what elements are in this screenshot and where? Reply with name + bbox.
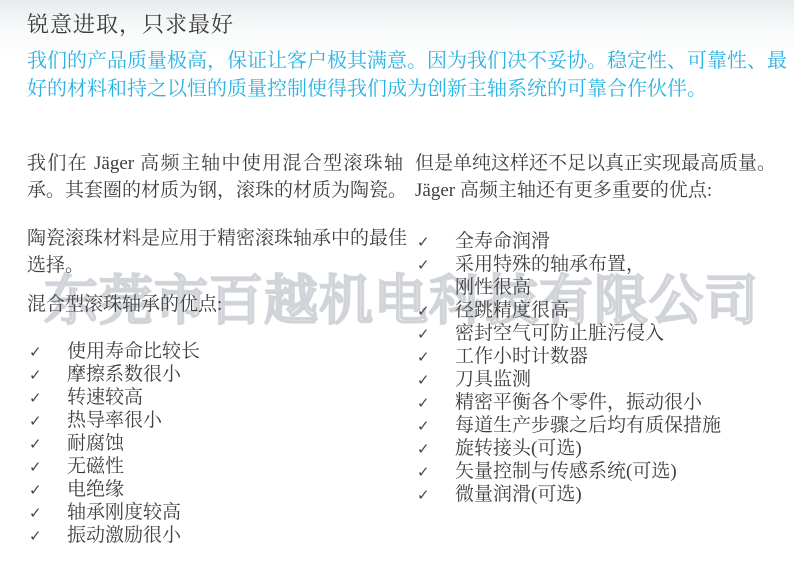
check-icon: ✓	[29, 502, 42, 525]
advantage-text: 热导率很小	[67, 410, 162, 431]
check-icon: ✓	[417, 484, 430, 507]
advantage-text: 矢量控制与传感系统(可选)	[455, 461, 677, 482]
paragraph-line: 但是单纯这样还不足以真正实现最高质量。	[415, 150, 780, 177]
advantage-item-continuation: 刚性很高	[415, 276, 780, 299]
check-icon: ✓	[29, 433, 42, 456]
right-column: 但是单纯这样还不足以真正实现最高质量。 Jäger 高频主轴还有更多重要的优点:…	[415, 150, 780, 506]
advantage-text: 耐腐蚀	[67, 433, 124, 454]
advantage-item: ✓ 热导率很小	[27, 409, 403, 432]
check-icon: ✓	[29, 364, 42, 387]
check-icon: ✓	[417, 231, 430, 254]
advantage-text: 使用寿命比较长	[67, 341, 200, 362]
advantage-item: ✓ 转速较高	[27, 386, 403, 409]
advantage-item: ✓ 无磁性	[27, 455, 403, 478]
advantage-text: 旋转接头(可选)	[455, 438, 582, 459]
left-paragraph-2: 陶瓷滚珠材料是应用于精密滚珠轴承中的最佳 选择。	[27, 225, 403, 279]
paragraph-line: Jäger 高频主轴还有更多重要的优点:	[415, 177, 780, 204]
intro-line: 好的材料和持之以恒的质量控制使得我们成为创新主轴系统的可靠合作伙伴。	[27, 75, 772, 103]
paragraph-line: 承。其套圈的材质为钢，滚珠的材质为陶瓷。	[27, 177, 403, 204]
advantage-item: ✓ 旋转接头(可选)	[415, 437, 780, 460]
check-icon: ✓	[29, 456, 42, 479]
intro-line: 我们的产品质量极高，保证让客户极其满意。因为我们决不妥协。稳定性、可靠性、最	[27, 47, 772, 75]
advantage-item: ✓ 微量润滑(可选)	[415, 483, 780, 506]
intro-paragraph: 我们的产品质量极高，保证让客户极其满意。因为我们决不妥协。稳定性、可靠性、最 好…	[27, 47, 772, 103]
advantage-text: 全寿命润滑	[455, 231, 550, 252]
advantage-item: ✓ 使用寿命比较长	[27, 340, 403, 363]
check-icon: ✓	[417, 369, 430, 392]
advantage-text: 采用特殊的轴承布置，	[455, 254, 645, 275]
advantage-text: 密封空气可防止脏污侵入	[455, 323, 664, 344]
page-title: 锐意进取，只求最好	[27, 8, 234, 39]
paragraph-line: 选择。	[27, 252, 403, 279]
check-icon: ✓	[417, 415, 430, 438]
advantage-item: ✓ 采用特殊的轴承布置，	[415, 253, 780, 276]
advantage-text: 转速较高	[67, 387, 143, 408]
advantage-item: ✓ 电绝缘	[27, 478, 403, 501]
advantage-text: 精密平衡各个零件，振动很小	[455, 392, 702, 413]
check-icon: ✓	[417, 438, 430, 461]
advantage-text: 摩擦系数很小	[67, 364, 181, 385]
check-icon: ✓	[417, 323, 430, 346]
left-paragraph-1: 我们在 Jäger 高频主轴中使用混合型滚珠轴 承。其套圈的材质为钢，滚珠的材质…	[27, 150, 403, 204]
advantage-item: ✓ 精密平衡各个零件，振动很小	[415, 391, 780, 414]
check-icon: ✓	[29, 410, 42, 433]
advantage-item: ✓ 振动激励很小	[27, 524, 403, 547]
advantage-text: 无磁性	[67, 456, 124, 477]
advantage-item: ✓ 每道生产步骤之后均有质保措施	[415, 414, 780, 437]
advantage-text: 径跳精度很高	[455, 300, 569, 321]
paragraph-line: 我们在 Jäger 高频主轴中使用混合型滚珠轴	[27, 150, 403, 177]
check-icon: ✓	[417, 346, 430, 369]
advantage-item: ✓ 密封空气可防止脏污侵入	[415, 322, 780, 345]
advantage-item: ✓ 全寿命润滑	[415, 230, 780, 253]
check-icon: ✓	[417, 300, 430, 323]
check-icon: ✓	[29, 525, 42, 548]
check-icon: ✓	[29, 387, 42, 410]
left-column: 我们在 Jäger 高频主轴中使用混合型滚珠轴 承。其套圈的材质为钢，滚珠的材质…	[27, 150, 403, 547]
right-advantages-list: ✓ 全寿命润滑 ✓ 采用特殊的轴承布置， 刚性很高 ✓ 径跳精度很高 ✓ 密封空…	[415, 230, 780, 506]
check-icon: ✓	[417, 461, 430, 484]
advantage-text: 振动激励很小	[67, 525, 181, 546]
advantage-item: ✓ 耐腐蚀	[27, 432, 403, 455]
check-icon: ✓	[417, 392, 430, 415]
advantage-item: ✓ 轴承刚度较高	[27, 501, 403, 524]
advantage-text: 刚性很高	[455, 277, 531, 298]
check-icon: ✓	[417, 254, 430, 277]
advantage-text: 轴承刚度较高	[67, 502, 181, 523]
advantage-item: ✓ 摩擦系数很小	[27, 363, 403, 386]
paragraph-line: 陶瓷滚珠材料是应用于精密滚珠轴承中的最佳	[27, 225, 403, 252]
advantage-text: 工作小时计数器	[455, 346, 588, 367]
advantage-text: 微量润滑(可选)	[455, 484, 582, 505]
check-icon: ✓	[29, 479, 42, 502]
advantage-item: ✓ 工作小时计数器	[415, 345, 780, 368]
advantage-item: ✓ 径跳精度很高	[415, 299, 780, 322]
advantage-text: 刀具监测	[455, 369, 531, 390]
left-list-heading: 混合型滚珠轴承的优点:	[27, 291, 403, 318]
check-icon: ✓	[29, 341, 42, 364]
left-advantages-list: ✓ 使用寿命比较长 ✓ 摩擦系数很小 ✓ 转速较高 ✓ 热导率很小 ✓ 耐腐蚀 …	[27, 340, 403, 547]
advantage-text: 每道生产步骤之后均有质保措施	[455, 415, 721, 436]
advantage-item: ✓ 刀具监测	[415, 368, 780, 391]
document-page: 东莞市百越机电科技有限公司 锐意进取，只求最好 我们的产品质量极高，保证让客户极…	[0, 0, 794, 585]
right-paragraph: 但是单纯这样还不足以真正实现最高质量。 Jäger 高频主轴还有更多重要的优点:	[415, 150, 780, 204]
advantage-item: ✓ 矢量控制与传感系统(可选)	[415, 460, 780, 483]
advantage-text: 电绝缘	[67, 479, 124, 500]
